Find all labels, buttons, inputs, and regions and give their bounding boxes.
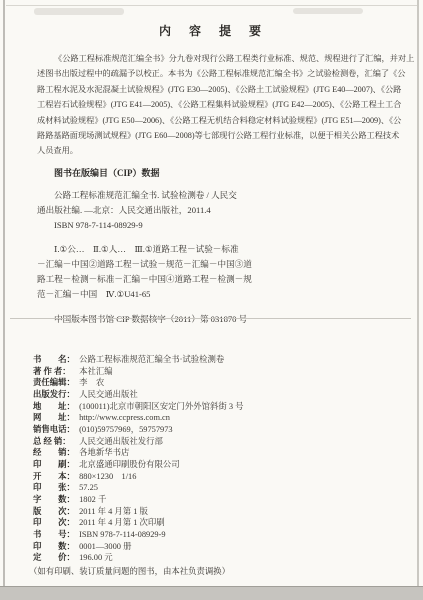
- scan-edge-left: [3, 0, 5, 600]
- content-summary-title: 内 容 提 要: [0, 22, 423, 39]
- colophon-row: 书 号： ISBN 978-7-114-08929-9: [33, 529, 403, 541]
- colophon-label: 印 次：: [33, 517, 77, 529]
- summary-line: 路路基路面现场测试规程》(JTG E60—2008)等七部现行公路工程行业标准，…: [37, 128, 397, 143]
- summary-line: 《公路工程标准规范汇编全书》分九卷对现行公路工程类行业标准、规范、规程进行了汇编…: [37, 51, 397, 66]
- scan-smudge: [293, 8, 363, 14]
- scan-edge-right: [417, 0, 419, 600]
- scan-edge-top: [6, 5, 417, 6]
- colophon-label: 书 号：: [33, 529, 77, 541]
- colophon-row: 责任编辑： 李 农: [33, 377, 403, 389]
- summary-line: 路工程水泥及水泥混凝土试验规程》(JTG E30—2005)、《公路土工试验规程…: [37, 82, 397, 97]
- colophon-row: 定 价： 196.00 元: [33, 552, 403, 564]
- colophon-value: 196.00 元: [79, 553, 113, 562]
- colophon-row: 总 经 销： 人民交通出版社发行部: [33, 436, 403, 448]
- summary-line: 工程岩石试验规程》(JTG E41—2005)、《公路工程集料试验规程》(JTG…: [37, 97, 397, 112]
- colophon-label: 经 销：: [33, 447, 77, 459]
- cip-data-block: 图书在版编目（CIP）数据 公路工程标准规范汇编全书. 试验检测卷 / 人民交 …: [54, 166, 384, 327]
- colophon-row: 印 数： 0001—3000 册: [33, 541, 403, 553]
- colophon-row: 著 作 者： 本社汇编: [33, 366, 403, 378]
- colophon-label: 出版发行：: [33, 389, 77, 401]
- summary-line: 人员查用。: [37, 143, 397, 158]
- colophon-row: 印 次： 2011 年 4 月第 1 次印刷: [33, 517, 403, 529]
- colophon-label: 网 址：: [33, 412, 77, 424]
- classification-line: －汇编－中国②道路工程－试验－规范－汇编－中国③道: [37, 257, 384, 272]
- colophon-row: 出版发行： 人民交通出版社: [33, 389, 403, 401]
- colophon-value: 0001—3000 册: [79, 542, 131, 551]
- colophon-table: 书 名： 公路工程标准规范汇编全书·试验检测卷 著 作 者： 本社汇编 责任编辑…: [33, 354, 403, 577]
- colophon-label: 总 经 销：: [33, 436, 77, 448]
- classification-line: Ⅰ.①公… Ⅱ.①人… Ⅲ.①道路工程－试验－标准: [54, 242, 384, 257]
- colophon-label: 开 本：: [33, 471, 77, 483]
- colophon-value: 人民交通出版社发行部: [79, 437, 163, 446]
- colophon-value: ISBN 978-7-114-08929-9: [79, 530, 165, 539]
- colophon-row: 经 销： 各地新华书店: [33, 447, 403, 459]
- colophon-label: 字 数：: [33, 494, 77, 506]
- colophon-value: http://www.ccpress.com.cn: [79, 413, 170, 422]
- colophon-label: 印 数：: [33, 541, 77, 553]
- cip-record-number: 中国版本图书馆 CIP 数据核字（2011）第 031870 号: [54, 312, 384, 327]
- copyright-page: 内 容 提 要 《公路工程标准规范汇编全书》分九卷对现行公路工程类行业标准、规范…: [0, 0, 423, 600]
- colophon-row: 字 数： 1802 千: [33, 494, 403, 506]
- colophon-row: 地 址： (100011)北京市朝阳区安定门外外馆斜街 3 号: [33, 401, 403, 413]
- isbn-line: ISBN 978-7-114-08929-9: [54, 218, 384, 233]
- colophon-label: 地 址：: [33, 401, 77, 413]
- colophon-value: 本社汇编: [79, 367, 113, 376]
- classification-line: 范－汇编－中国 Ⅳ.①U41-65: [37, 287, 384, 302]
- cip-heading: 图书在版编目（CIP）数据: [54, 166, 384, 181]
- colophon-row: 开 本： 880×1230 1/16: [33, 471, 403, 483]
- colophon-row: 印 刷： 北京盛通印刷股份有限公司: [33, 459, 403, 471]
- colophon-row: 销售电话： (010)59757969，59757973: [33, 424, 403, 436]
- colophon-value: 各地新华书店: [79, 448, 129, 457]
- colophon-label: 销售电话：: [33, 424, 77, 436]
- scan-edge-bottom: [0, 586, 423, 600]
- colophon-row: 书 名： 公路工程标准规范汇编全书·试验检测卷: [33, 354, 403, 366]
- classification-line: 路工程－检测－标准－汇编－中国④道路工程－检测－规: [37, 272, 384, 287]
- colophon-label: 印 张：: [33, 482, 77, 494]
- colophon-label: 定 价：: [33, 552, 77, 564]
- colophon-label: 书 名：: [33, 354, 77, 366]
- cip-classification: Ⅰ.①公… Ⅱ.①人… Ⅲ.①道路工程－试验－标准 －汇编－中国②道路工程－试验…: [54, 242, 384, 302]
- colophon-row: 印 张： 57.25: [33, 482, 403, 494]
- colophon-value: 北京盛通印刷股份有限公司: [79, 460, 180, 469]
- colophon-value: (100011)北京市朝阳区安定门外外馆斜街 3 号: [79, 402, 243, 411]
- summary-line: 成材料试验规程》(JTG E50—2006)、《公路工程无机结合料稳定材料试验规…: [37, 113, 397, 128]
- colophon-value: 57.25: [79, 483, 98, 492]
- colophon-value: 李 农: [79, 378, 104, 387]
- colophon-label: 著 作 者：: [33, 366, 77, 378]
- colophon-value: 人民交通出版社: [79, 390, 138, 399]
- quality-note: （如有印刷、装订质量问题的图书，由本社负责调换）: [29, 566, 403, 578]
- colophon-value: 1802 千: [79, 495, 106, 504]
- colophon-value: (010)59757969，59757973: [79, 425, 173, 434]
- colophon-value: 2011 年 4 月第 1 次印刷: [79, 518, 165, 527]
- colophon-value: 880×1230 1/16: [79, 472, 136, 481]
- cip-entry-line: 公路工程标准规范汇编全书. 试验检测卷 / 人民交: [54, 188, 384, 203]
- colophon-label: 责任编辑：: [33, 377, 77, 389]
- summary-line: 述图书出版过程中的疏漏予以校正。本书为《公路工程标准规范汇编全书》之试验检测卷，…: [37, 66, 397, 81]
- colophon-label: 版 次：: [33, 506, 77, 518]
- colophon-label: 印 刷：: [33, 459, 77, 471]
- colophon-row: 网 址： http://www.ccpress.com.cn: [33, 412, 403, 424]
- section-divider-line: [10, 318, 411, 319]
- cip-entry-line: 通出版社编. —北京：人民交通出版社，2011.4: [37, 203, 384, 218]
- colophon-value: 2011 年 4 月第 1 版: [79, 507, 148, 516]
- colophon-value: 公路工程标准规范汇编全书·试验检测卷: [79, 355, 224, 364]
- colophon-row: 版 次： 2011 年 4 月第 1 版: [33, 506, 403, 518]
- content-summary-paragraph: 《公路工程标准规范汇编全书》分九卷对现行公路工程类行业标准、规范、规程进行了汇编…: [37, 51, 397, 159]
- scan-smudge: [34, 8, 124, 15]
